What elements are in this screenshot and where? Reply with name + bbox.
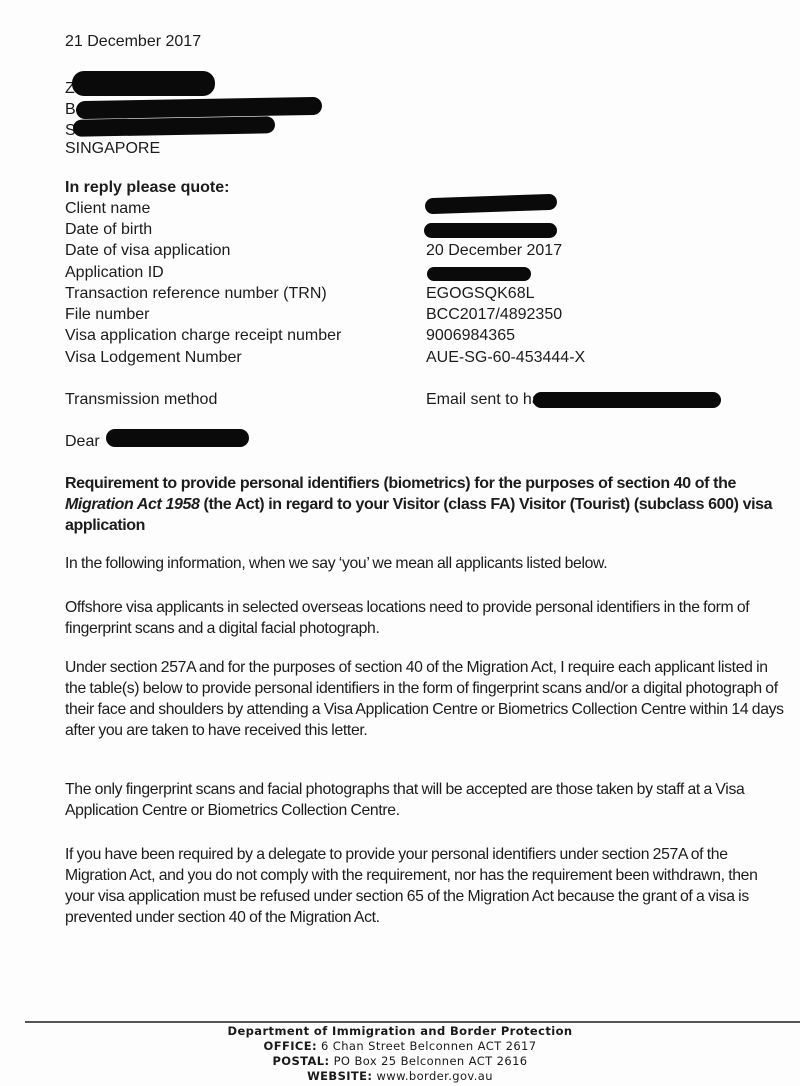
reference-value: 20 December 2017 (426, 240, 562, 261)
redaction-mark (76, 97, 322, 119)
reference-value: 9006984365 (426, 325, 515, 346)
subject-act-title: Migration Act 1958 (65, 496, 199, 513)
address-country: SINGAPORE (65, 138, 160, 159)
reference-label: Visa application charge receipt number (65, 325, 341, 346)
footer-department: Department of Immigration and Border Pro… (0, 1024, 800, 1039)
reference-label: Visa Lodgement Number (65, 347, 242, 368)
redaction-mark (427, 267, 531, 281)
reference-value: BCC2017/4892350 (426, 304, 562, 325)
footer-postal-value: PO Box 25 Belconnen ACT 2616 (330, 1054, 528, 1068)
subject-text: Requirement to provide personal identifi… (65, 475, 736, 492)
letter-subject: Requirement to provide personal identifi… (65, 473, 785, 536)
footer-office-label: OFFICE: (264, 1039, 317, 1053)
body-paragraph: The only fingerprint scans and facial ph… (65, 779, 784, 821)
reference-label: Client name (65, 198, 150, 219)
reference-label: Transaction reference number (TRN) (65, 283, 327, 304)
letter-footer: Department of Immigration and Border Pro… (0, 1024, 800, 1084)
redaction-mark (424, 223, 557, 238)
reference-value: AUE-SG-60-453444-X (426, 347, 585, 368)
reference-label: Date of birth (65, 219, 152, 240)
quote-heading: In reply please quote: (65, 177, 229, 198)
redaction-mark (72, 71, 215, 96)
reference-value: EGOGSQK68L (426, 283, 535, 304)
reference-label: Date of visa application (65, 240, 230, 261)
footer-website: WEBSITE: www.border.gov.au (0, 1069, 800, 1084)
footer-website-link[interactable]: www.border.gov.au (372, 1069, 492, 1083)
footer-website-label: WEBSITE: (307, 1069, 372, 1083)
letter-date: 21 December 2017 (65, 31, 201, 52)
footer-postal: POSTAL: PO Box 25 Belconnen ACT 2616 (0, 1054, 800, 1069)
body-paragraph: Offshore visa applicants in selected ove… (65, 597, 784, 639)
footer-office-value: 6 Chan Street Belconnen ACT 2617 (317, 1039, 537, 1053)
redaction-mark (425, 194, 557, 215)
footer-postal-label: POSTAL: (272, 1054, 329, 1068)
body-paragraph: If you have been required by a delegate … (65, 844, 784, 928)
footer-divider (25, 1021, 800, 1023)
reference-label: File number (65, 304, 149, 325)
reference-label: Application ID (65, 262, 164, 283)
redaction-mark (533, 392, 721, 408)
transmission-label: Transmission method (65, 389, 217, 410)
salutation: Dear (65, 431, 100, 452)
footer-office: OFFICE: 6 Chan Street Belconnen ACT 2617 (0, 1039, 800, 1054)
transmission-value: Email sent to ha (426, 389, 541, 410)
body-paragraph: Under section 257A and for the purposes … (65, 657, 784, 741)
address-line-2: B (65, 99, 76, 120)
redaction-mark (73, 116, 275, 137)
body-paragraph: In the following information, when we sa… (65, 553, 784, 574)
redaction-mark (106, 429, 249, 447)
